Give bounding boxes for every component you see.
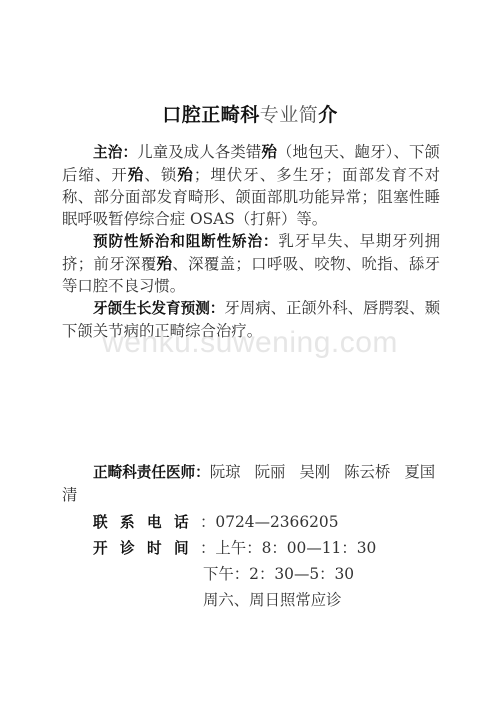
phone-number: 0724—2366205 <box>215 513 338 531</box>
text-segment-bold: 殆 <box>128 166 144 184</box>
page-title: 口腔正畸科专业简介 <box>0 100 500 127</box>
hours-weekend: 周六、周日照常应诊 <box>203 591 342 609</box>
watermark: wenku.suwening.com <box>0 326 500 360</box>
phone-colon: ： <box>200 513 215 531</box>
label-char: 联 <box>93 512 120 534</box>
label-char: 系 <box>120 512 147 534</box>
text-segment-bold: 殆 <box>157 255 173 273</box>
text-segment-bold: 殆 <box>177 166 193 184</box>
doctors-row: 正畸科责任医师：阮琼阮丽吴刚陈云桥夏国清 <box>62 461 440 506</box>
title-bold: 口腔正畸科 <box>162 104 260 126</box>
hours-colon: ： <box>200 539 215 557</box>
title-light: 专业简 <box>260 104 319 126</box>
doctors-label: 正畸科责任医师： <box>93 464 210 481</box>
label-char: 话 <box>174 512 189 534</box>
hours-weekend-row: 周六、周日照常应诊 <box>203 589 342 611</box>
text-segment-bold: 殆 <box>261 143 277 161</box>
paragraph-treatment: 主治：儿童及成人各类错殆（地包天、龅牙）、下颌后缩、开殆、锁殆；埋伏牙、多生牙；… <box>62 141 440 230</box>
label-char: 开 <box>93 538 120 560</box>
paragraph-lead: 牙颌生长发育预测： <box>93 300 224 317</box>
hours-afternoon-row: 下午：2：30—5：30 <box>203 563 354 585</box>
hours-afternoon: 下午：2：30—5：30 <box>203 565 354 583</box>
doctor-name: 吴刚 <box>299 463 330 481</box>
paragraph-preventive: 预防性矫治和阻断性矫治：乳牙早失、早期牙列拥挤；前牙深覆殆、深覆盖；口呼吸、咬物… <box>62 230 440 297</box>
text-segment: 、锁 <box>144 166 177 184</box>
hours-morning: 上午：8：00—11：30 <box>215 539 376 557</box>
hours-row: 开诊时间：上午：8：00—11：30 <box>93 537 376 560</box>
doctor-name: 陈云桥 <box>344 463 390 481</box>
label-char: 电 <box>147 512 174 534</box>
label-char: 时 <box>147 538 174 560</box>
text-segment: 儿童及成人各类错 <box>137 143 261 161</box>
doctor-name: 阮丽 <box>255 463 286 481</box>
intro-body: 主治：儿童及成人各类错殆（地包天、龅牙）、下颌后缩、开殆、锁殆；埋伏牙、多生牙；… <box>62 141 440 342</box>
title-end: 介 <box>318 104 338 126</box>
phone-row: 联系电话：0724—2366205 <box>93 511 339 534</box>
doctor-name: 阮琼 <box>210 463 241 481</box>
paragraph-lead: 预防性矫治和阻断性矫治： <box>93 233 278 250</box>
contact-section: 正畸科责任医师：阮琼阮丽吴刚陈云桥夏国清 联系电话：0724—2366205 开… <box>62 461 440 506</box>
label-char: 诊 <box>120 538 147 560</box>
phone-label: 联系电话 <box>93 512 201 534</box>
label-char: 间 <box>174 538 189 560</box>
hours-label: 开诊时间 <box>93 538 201 560</box>
paragraph-lead: 主治： <box>93 144 137 161</box>
